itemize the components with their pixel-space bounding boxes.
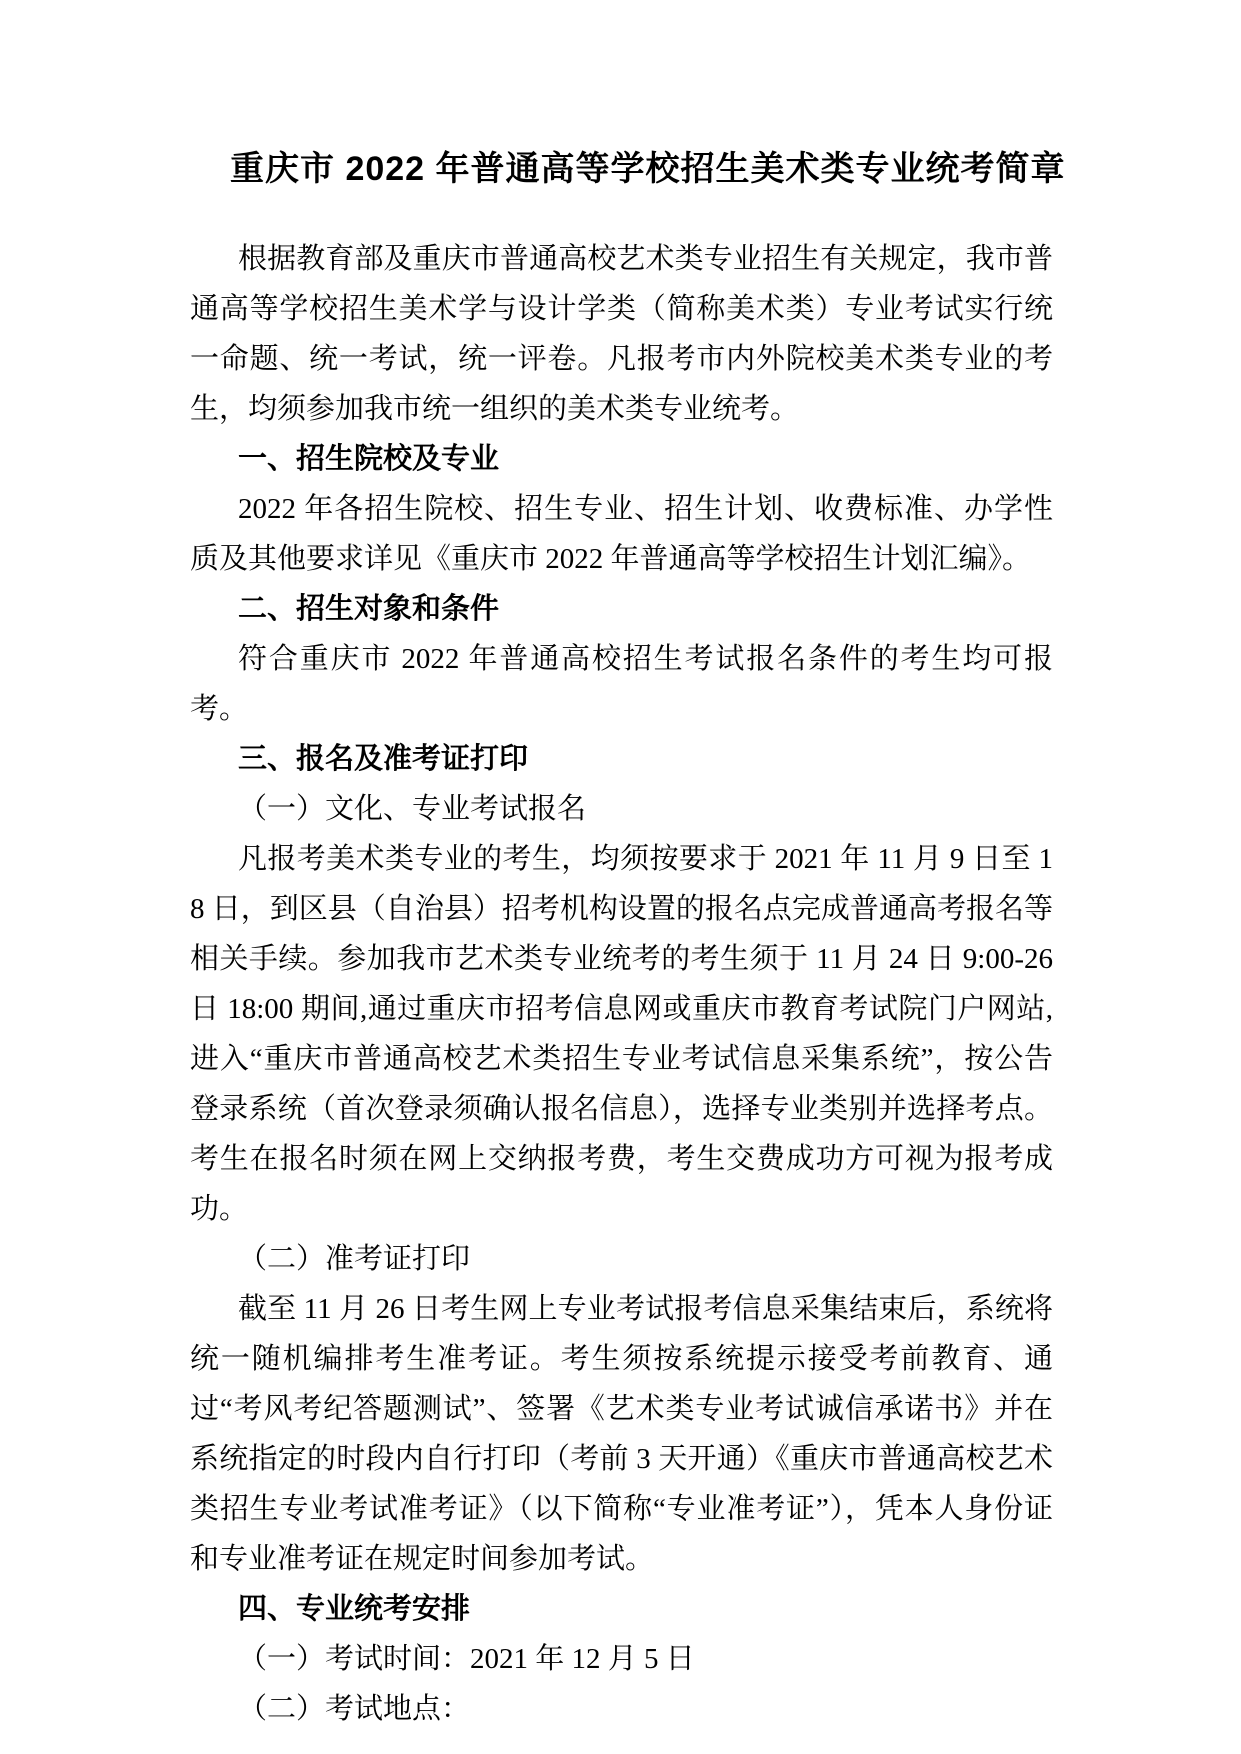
section-1-paragraph: 2022 年各招生院校、招生专业、招生计划、收费标准、办学性质及其他要求详见《重…	[190, 484, 1053, 584]
document-page: 重庆市 2022 年普通高等学校招生美术类专业统考简章 根据教育部及重庆市普通高…	[0, 0, 1241, 1754]
section-4-heading: 四、专业统考安排	[190, 1584, 1053, 1634]
document-title: 重庆市 2022 年普通高等学校招生美术类专业统考简章	[190, 148, 1053, 190]
section-3-subitem-1-paragraph: 凡报考美术类专业的考生，均须按要求于 2021 年 11 月 9 日至 18 日…	[190, 834, 1053, 1234]
document-body: 根据教育部及重庆市普通高校艺术类专业招生有关规定，我市普通高等学校招生美术学与设…	[190, 234, 1053, 1734]
section-3-subitem-2-paragraph: 截至 11 月 26 日考生网上专业考试报考信息采集结束后，系统将统一随机编排考…	[190, 1284, 1053, 1584]
section-4-exam-time: （一）考试时间：2021 年 12 月 5 日	[190, 1634, 1053, 1684]
section-4-exam-location: （二）考试地点：	[190, 1684, 1053, 1734]
intro-paragraph: 根据教育部及重庆市普通高校艺术类专业招生有关规定，我市普通高等学校招生美术学与设…	[190, 234, 1053, 434]
section-2-heading: 二、招生对象和条件	[190, 584, 1053, 634]
section-2-paragraph: 符合重庆市 2022 年普通高校招生考试报名条件的考生均可报考。	[190, 634, 1053, 734]
section-3-subitem-2-title: （二）准考证打印	[190, 1234, 1053, 1284]
section-3-subitem-1-title: （一）文化、专业考试报名	[190, 784, 1053, 834]
section-1-heading: 一、招生院校及专业	[190, 434, 1053, 484]
section-3-heading: 三、报名及准考证打印	[190, 734, 1053, 784]
